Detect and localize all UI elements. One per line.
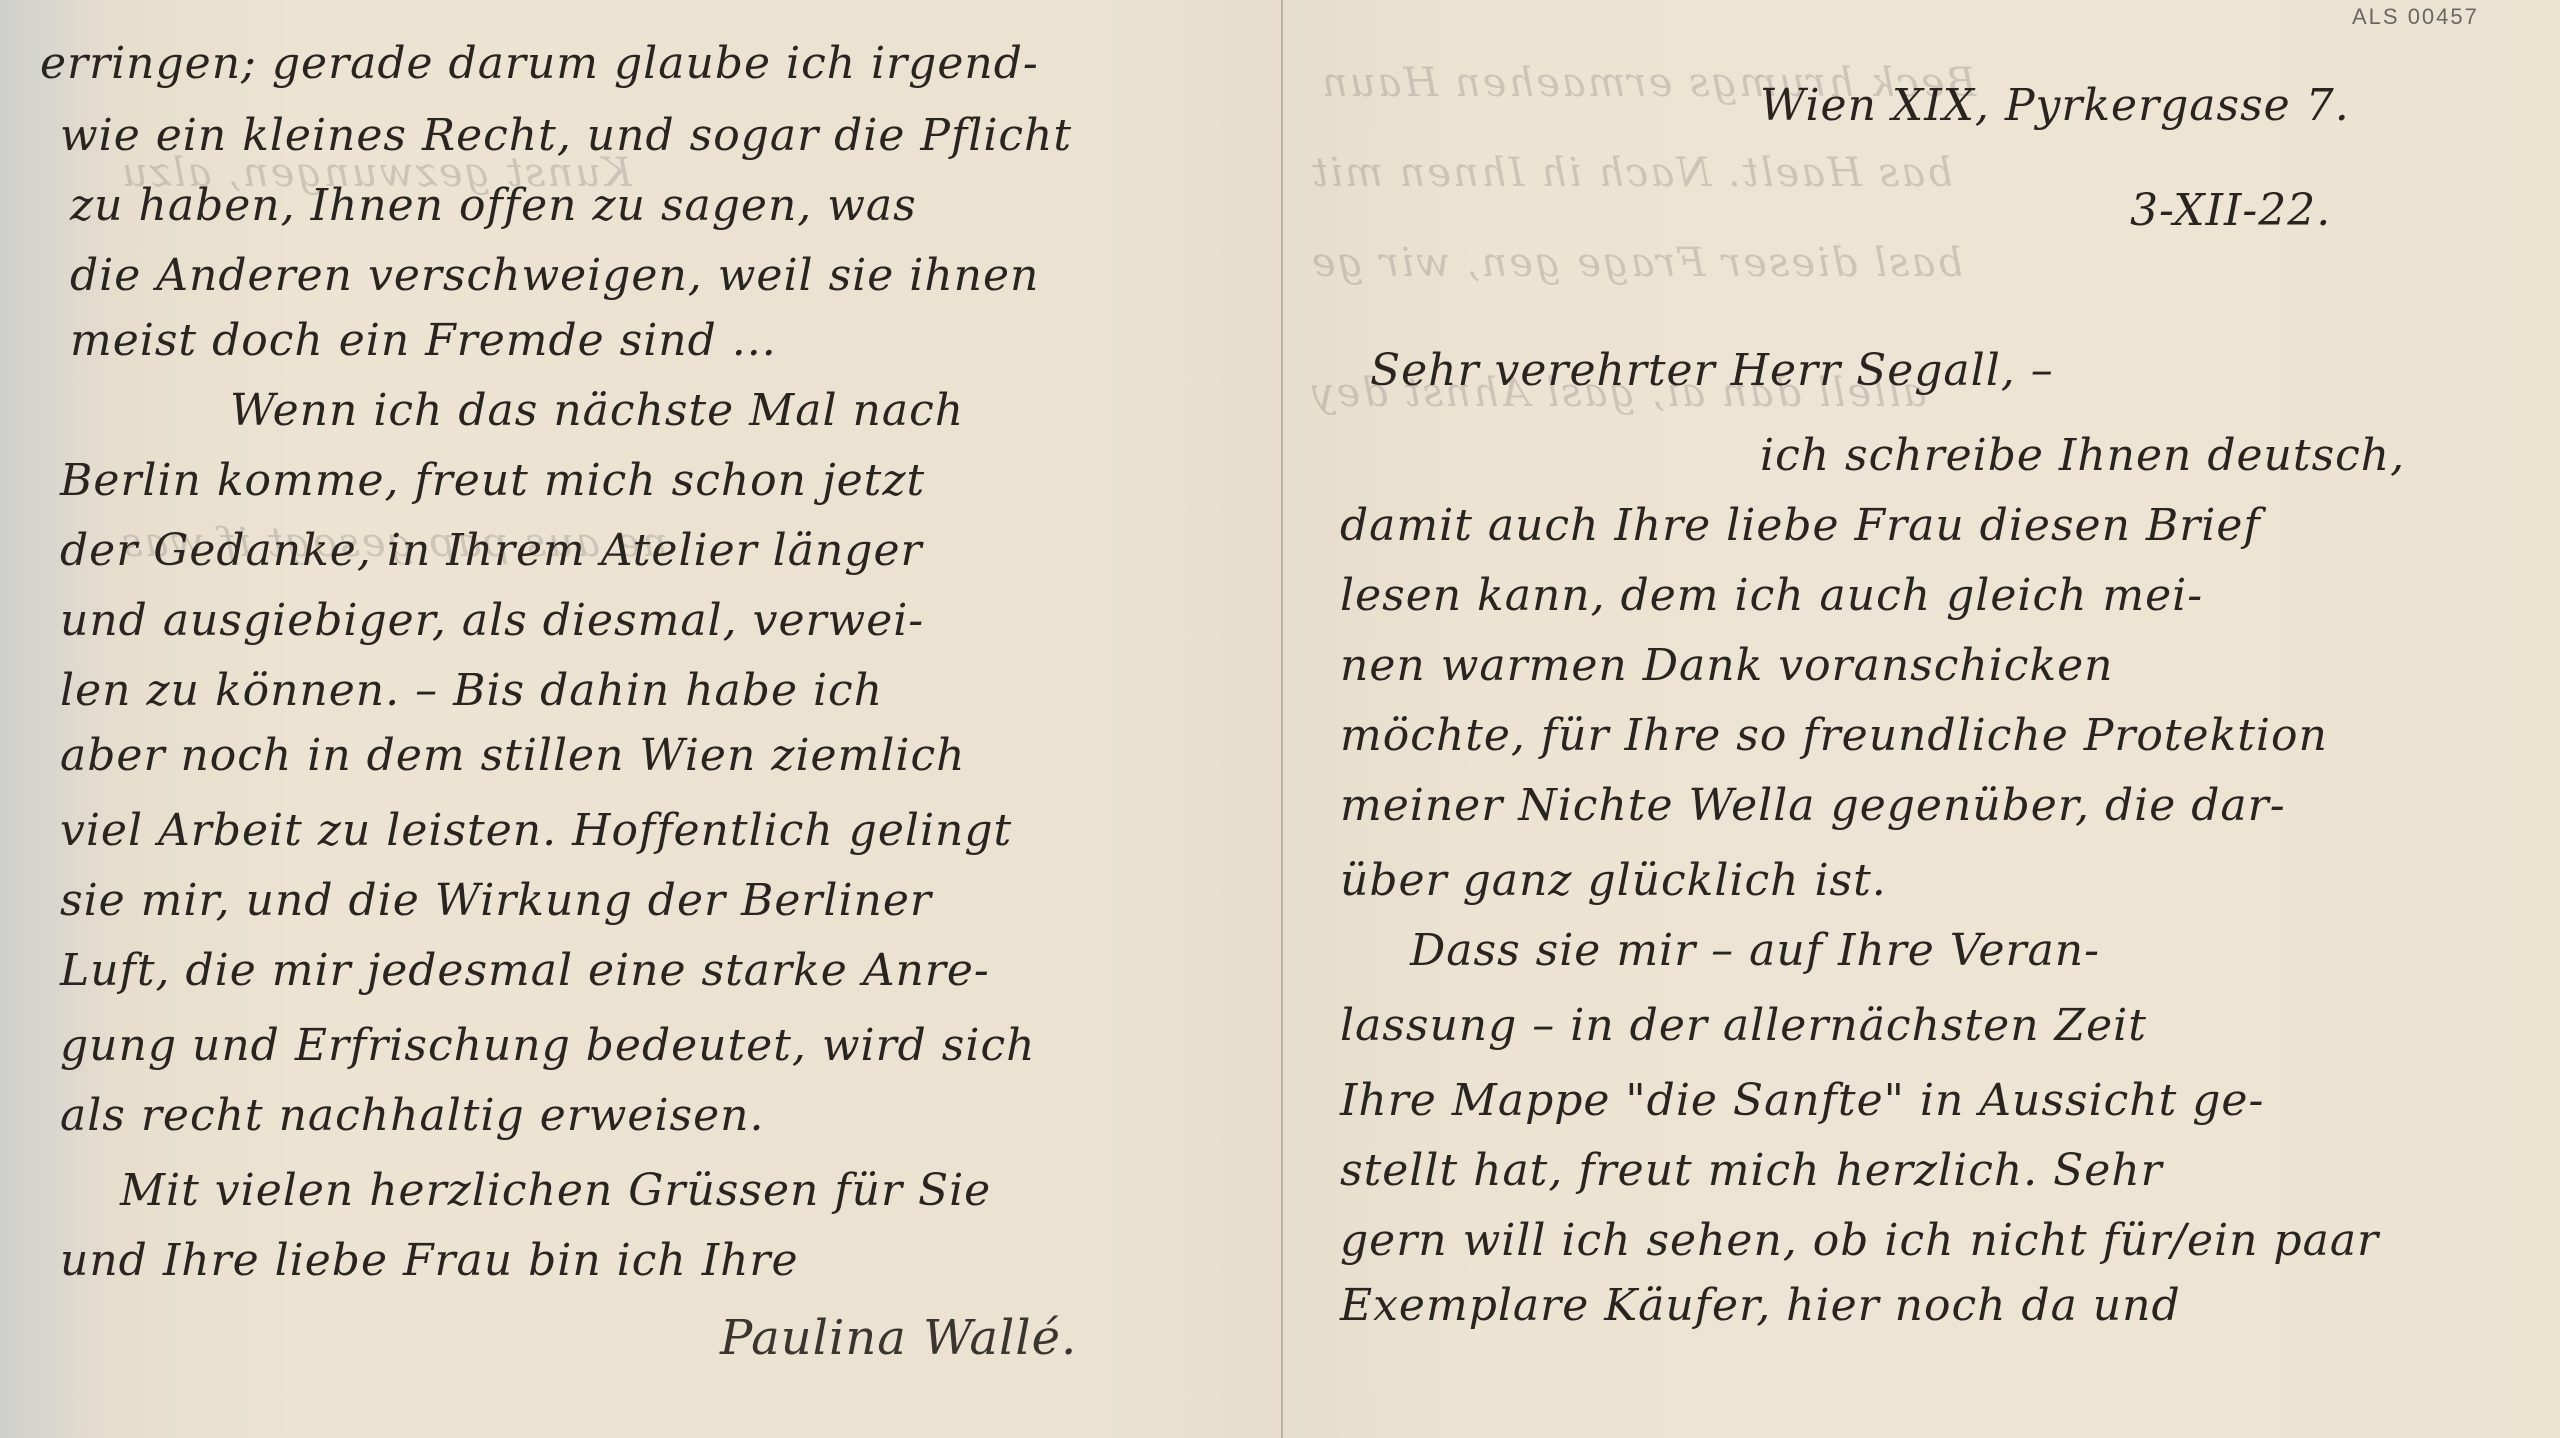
letter-line: zu haben, Ihnen offen zu sagen, was	[70, 180, 917, 231]
letter-line: Mit vielen herzlichen Grüssen für Sie	[120, 1165, 991, 1216]
letter-line: und ausgiebiger, als diesmal, verwei-	[60, 595, 924, 646]
letter-line: gern will ich sehen, ob ich nicht für/ei…	[1340, 1215, 2379, 1266]
letter-line: viel Arbeit zu leisten. Hoffentlich geli…	[60, 805, 1012, 856]
letter-line: gung und Erfrischung bedeutet, wird sich	[60, 1020, 1035, 1071]
letter-line: stellt hat, freut mich herzlich. Sehr	[1340, 1145, 2163, 1196]
letter-line: Ihre Mappe "die Sanfte" in Aussicht ge-	[1340, 1075, 2264, 1126]
letter-line: der Gedanke, in Ihrem Atelier länger	[60, 525, 923, 576]
letter-line: lesen kann, dem ich auch gleich mei-	[1340, 570, 2203, 621]
letter-date: 3-XII-22.	[2130, 185, 2331, 236]
salutation: Sehr verehrter Herr Segall, –	[1370, 345, 2054, 396]
letter-line: wie ein kleines Recht, und sogar die Pfl…	[60, 110, 1072, 161]
letter-line: Dass sie mir – auf Ihre Veran-	[1410, 925, 2100, 976]
letter-line: meist doch ein Fremde sind ...	[70, 315, 777, 366]
letter-line: über ganz glücklich ist.	[1340, 855, 1887, 906]
letter-line: ich schreibe Ihnen deutsch,	[1760, 430, 2405, 481]
bleed-through-text: bas Haelt. Nach ih Ihnen mit	[1310, 150, 1953, 196]
letter-line: erringen; gerade darum glaube ich irgend…	[40, 38, 1039, 89]
bleed-through-text: basl dieser Frage gen, wir ge	[1310, 240, 1963, 286]
letter-line: als recht nachhaltig erweisen.	[60, 1090, 764, 1141]
letter-line: Wenn ich das nächste Mal nach	[230, 385, 964, 436]
letter-line: Berlin komme, freut mich schon jetzt	[60, 455, 925, 506]
signature: Paulina Wallé.	[720, 1310, 1077, 1366]
letter-line: die Anderen verschweigen, weil sie ihnen	[70, 250, 1039, 301]
letter-place: Wien XIX, Pyrkergasse 7.	[1760, 80, 2350, 131]
letter-line: lassung – in der allernächsten Zeit	[1340, 1000, 2147, 1051]
archive-id-stamp: ALS 00457	[2352, 4, 2479, 30]
letter-line: len zu können. – Bis dahin habe ich	[60, 665, 883, 716]
letter-line: möchte, für Ihre so freundliche Protekti…	[1340, 710, 2328, 761]
letter-line: nen warmen Dank voranschicken	[1340, 640, 2113, 691]
letter-line: aber noch in dem stillen Wien ziemlich	[60, 730, 965, 781]
paper-edge-shadow	[0, 0, 70, 1438]
letter-line: sie mir, und die Wirkung der Berliner	[60, 875, 932, 926]
letter-line: Luft, die mir jedesmal eine starke Anre-	[60, 945, 990, 996]
letter-line: Exemplare Käufer, hier noch da und	[1340, 1280, 2181, 1331]
letter-line: meiner Nichte Wella gegenüber, die dar-	[1340, 780, 2286, 831]
letter-line: damit auch Ihre liebe Frau diesen Brief	[1340, 500, 2261, 551]
letter-line: und Ihre liebe Frau bin ich Ihre	[60, 1235, 799, 1286]
